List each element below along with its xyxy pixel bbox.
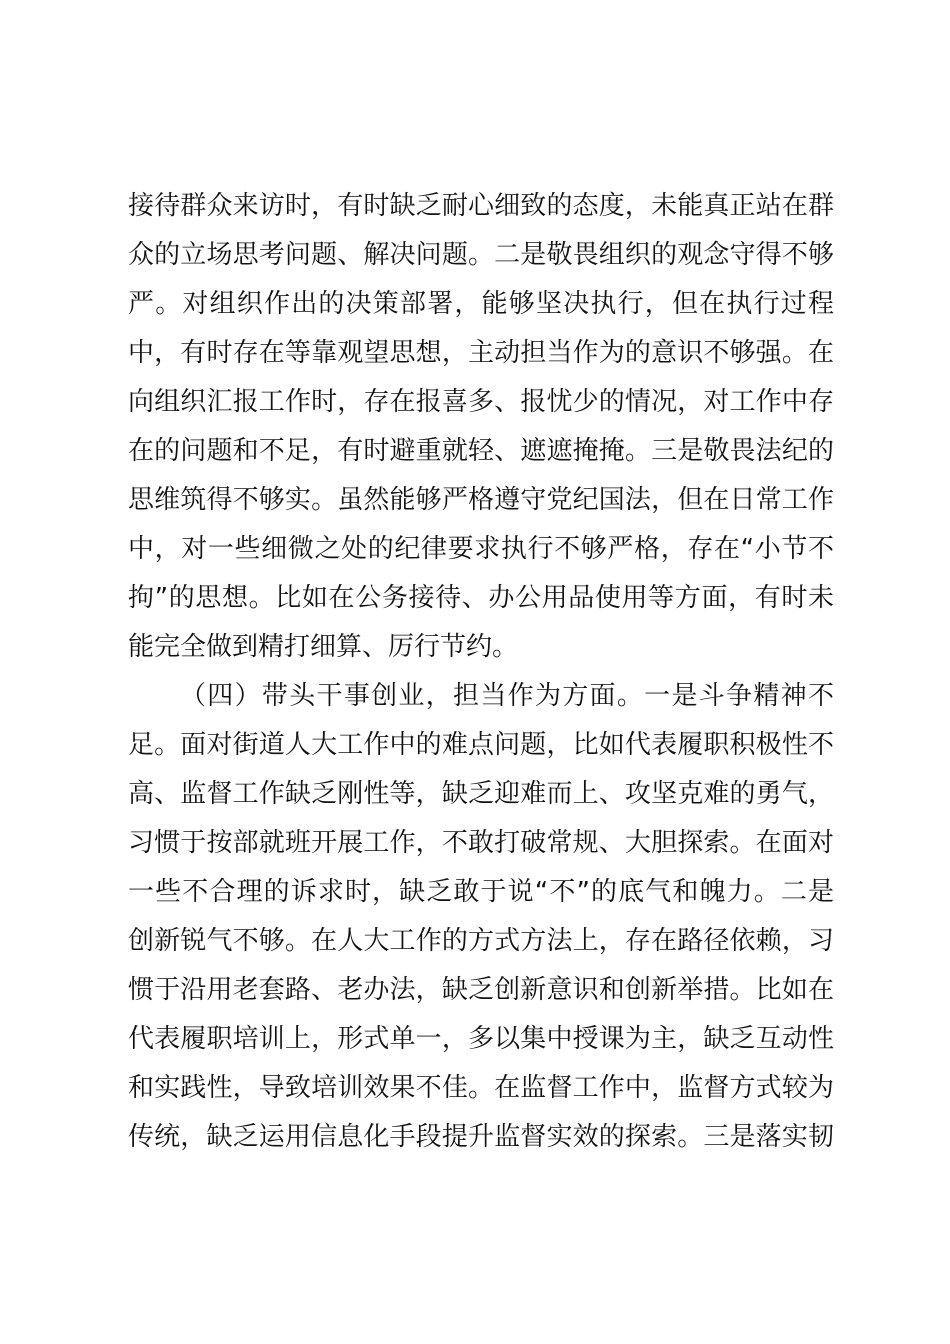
text-line: 高、监督工作缺乏刚性等，缺乏迎难而上、攻坚克难的勇气， [128, 770, 834, 819]
text-line: 思维筑得不够实。虽然能够严格遵守党纪国法，但在日常工作 [128, 476, 834, 525]
text-line: 和实践性，导致培训效果不佳。在监督工作中，监督方式较为 [128, 1064, 834, 1113]
text-line: 严。对组织作出的决策部署，能够坚决执行，但在执行过程 [128, 280, 834, 329]
text-line: 一些不合理的诉求时，缺乏敢于说“不”的底气和魄力。二是 [128, 868, 834, 917]
text-line: 传统，缺乏运用信息化手段提升监督实效的探索。三是落实韧 [128, 1113, 834, 1162]
document-text: 接待群众来访时，有时缺乏耐心细致的态度，未能真正站在群 众的立场思考问题、解决问… [128, 182, 834, 1162]
text-line: 中，有时存在等靠观望思想，主动担当作为的意识不够强。在 [128, 329, 834, 378]
text-line: 在的问题和不足，有时避重就轻、遮遮掩掩。三是敬畏法纪的 [128, 427, 834, 476]
document-page: 接待群众来访时，有时缺乏耐心细致的态度，未能真正站在群 众的立场思考问题、解决问… [0, 0, 950, 1344]
text-line: 向组织汇报工作时，存在报喜多、报忧少的情况，对工作中存 [128, 378, 834, 427]
text-line: 代表履职培训上，形式单一，多以集中授课为主，缺乏互动性 [128, 1015, 834, 1064]
text-line: 众的立场思考问题、解决问题。二是敬畏组织的观念守得不够 [128, 231, 834, 280]
text-line: 惯于沿用老套路、老办法，缺乏创新意识和创新举措。比如在 [128, 966, 834, 1015]
text-line: 能完全做到精打细算、厉行节约。 [128, 623, 834, 672]
text-line: 习惯于按部就班开展工作，不敢打破常规、大胆探索。在面对 [128, 819, 834, 868]
text-line: （四）带头干事创业，担当作为方面。一是斗争精神不 [128, 672, 834, 721]
paragraph-continuation: 接待群众来访时，有时缺乏耐心细致的态度，未能真正站在群 众的立场思考问题、解决问… [128, 182, 834, 672]
text-line: 足。面对街道人大工作中的难点问题，比如代表履职积极性不 [128, 721, 834, 770]
paragraph-section-4: （四）带头干事创业，担当作为方面。一是斗争精神不 足。面对街道人大工作中的难点问… [128, 672, 834, 1162]
text-line: 接待群众来访时，有时缺乏耐心细致的态度，未能真正站在群 [128, 182, 834, 231]
text-line: 创新锐气不够。在人大工作的方式方法上，存在路径依赖，习 [128, 917, 834, 966]
text-line: 拘”的思想。比如在公务接待、办公用品使用等方面，有时未 [128, 574, 834, 623]
text-line: 中，对一些细微之处的纪律要求执行不够严格，存在“小节不 [128, 525, 834, 574]
